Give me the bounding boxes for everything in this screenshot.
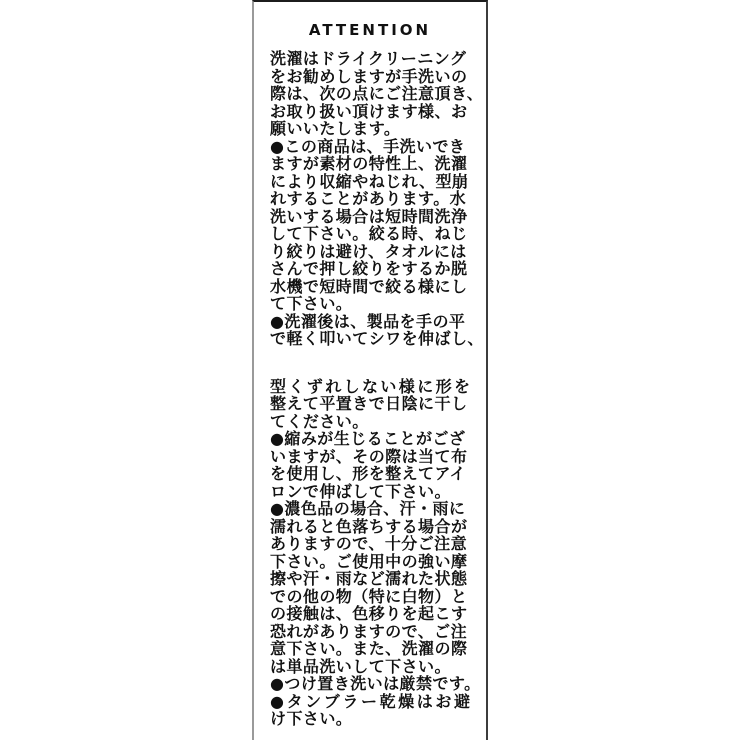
text-line: により収縮やねじれ、型崩 [270,173,470,191]
text-line: 願いいたします。 [270,120,470,138]
text-line: いますが、その際は当て布 [270,448,470,466]
text-line: 型くずれしない様に形を [270,378,470,396]
text-line: での他の物（特に白物）と [270,588,470,606]
text-line: てください。 [270,413,470,431]
text-line: ●この商品は、手洗いでき [270,138,470,156]
text-line: 擦や汗・雨など濡れた状態 [270,570,470,588]
text-line: て下さい。 [270,295,470,313]
text-line: お取り扱い頂けます様、お [270,103,470,121]
text-line: 際は、次の点にご注意頂き、 [270,85,470,103]
text-line: 整えて平置きで日陰に干し [270,395,470,413]
text-line: ありますので、十分ご注意 [270,535,470,553]
text-line: 恐れがありますので、ご注 [270,623,470,641]
text-line: け下さい。 [270,710,470,728]
section-wash-instructions: 洗濯はドライクリーニングをお勧めしますが手洗いの際は、次の点にご注意頂き、お取り… [270,50,470,348]
text-line: り絞りは避け、タオルには [270,243,470,261]
text-line: さんで押し絞りをするか脱 [270,260,470,278]
text-line: ●つけ置き洗いは厳禁です。 [270,675,470,693]
text-line: 水機で短時間で絞る様にし [270,278,470,296]
text-line: ●濃色品の場合、汗・雨に [270,500,470,518]
care-label: ATTENTION 洗濯はドライクリーニングをお勧めしますが手洗いの際は、次の点… [252,0,488,740]
text-line: は単品洗いして下さい。 [270,658,470,676]
text-line: 濡れると色落ちする場合が [270,518,470,536]
text-line: 洗いする場合は短時間洗浄 [270,208,470,226]
text-line: 下さい。ご使用中の強い摩 [270,553,470,571]
text-line: ●タンブラー乾燥はお避 [270,693,470,711]
text-line: で軽く叩いてシワを伸ばし、 [270,330,470,348]
text-line: して下さい。絞る時、ねじ [270,225,470,243]
text-line: ますが素材の特性上、洗濯 [270,155,470,173]
section-care-instructions: 型くずれしない様に形を整えて平置きで日陰に干してください。●縮みが生じることがご… [270,378,470,728]
text-line: 洗濯はドライクリーニング [270,50,470,68]
text-line: 意下さい。また、洗濯の際 [270,640,470,658]
text-line: ●洗濯後は、製品を手の平 [270,313,470,331]
text-line: の接触は、色移りを起こす [270,605,470,623]
label-title: ATTENTION [270,21,470,39]
text-line: をお勧めしますが手洗いの [270,68,470,86]
text-line: ロンで伸ばして下さい。 [270,483,470,501]
text-line: ●縮みが生じることがござ [270,430,470,448]
text-line: れすることがあります。水 [270,190,470,208]
text-line: を使用し、形を整えてアイ [270,465,470,483]
